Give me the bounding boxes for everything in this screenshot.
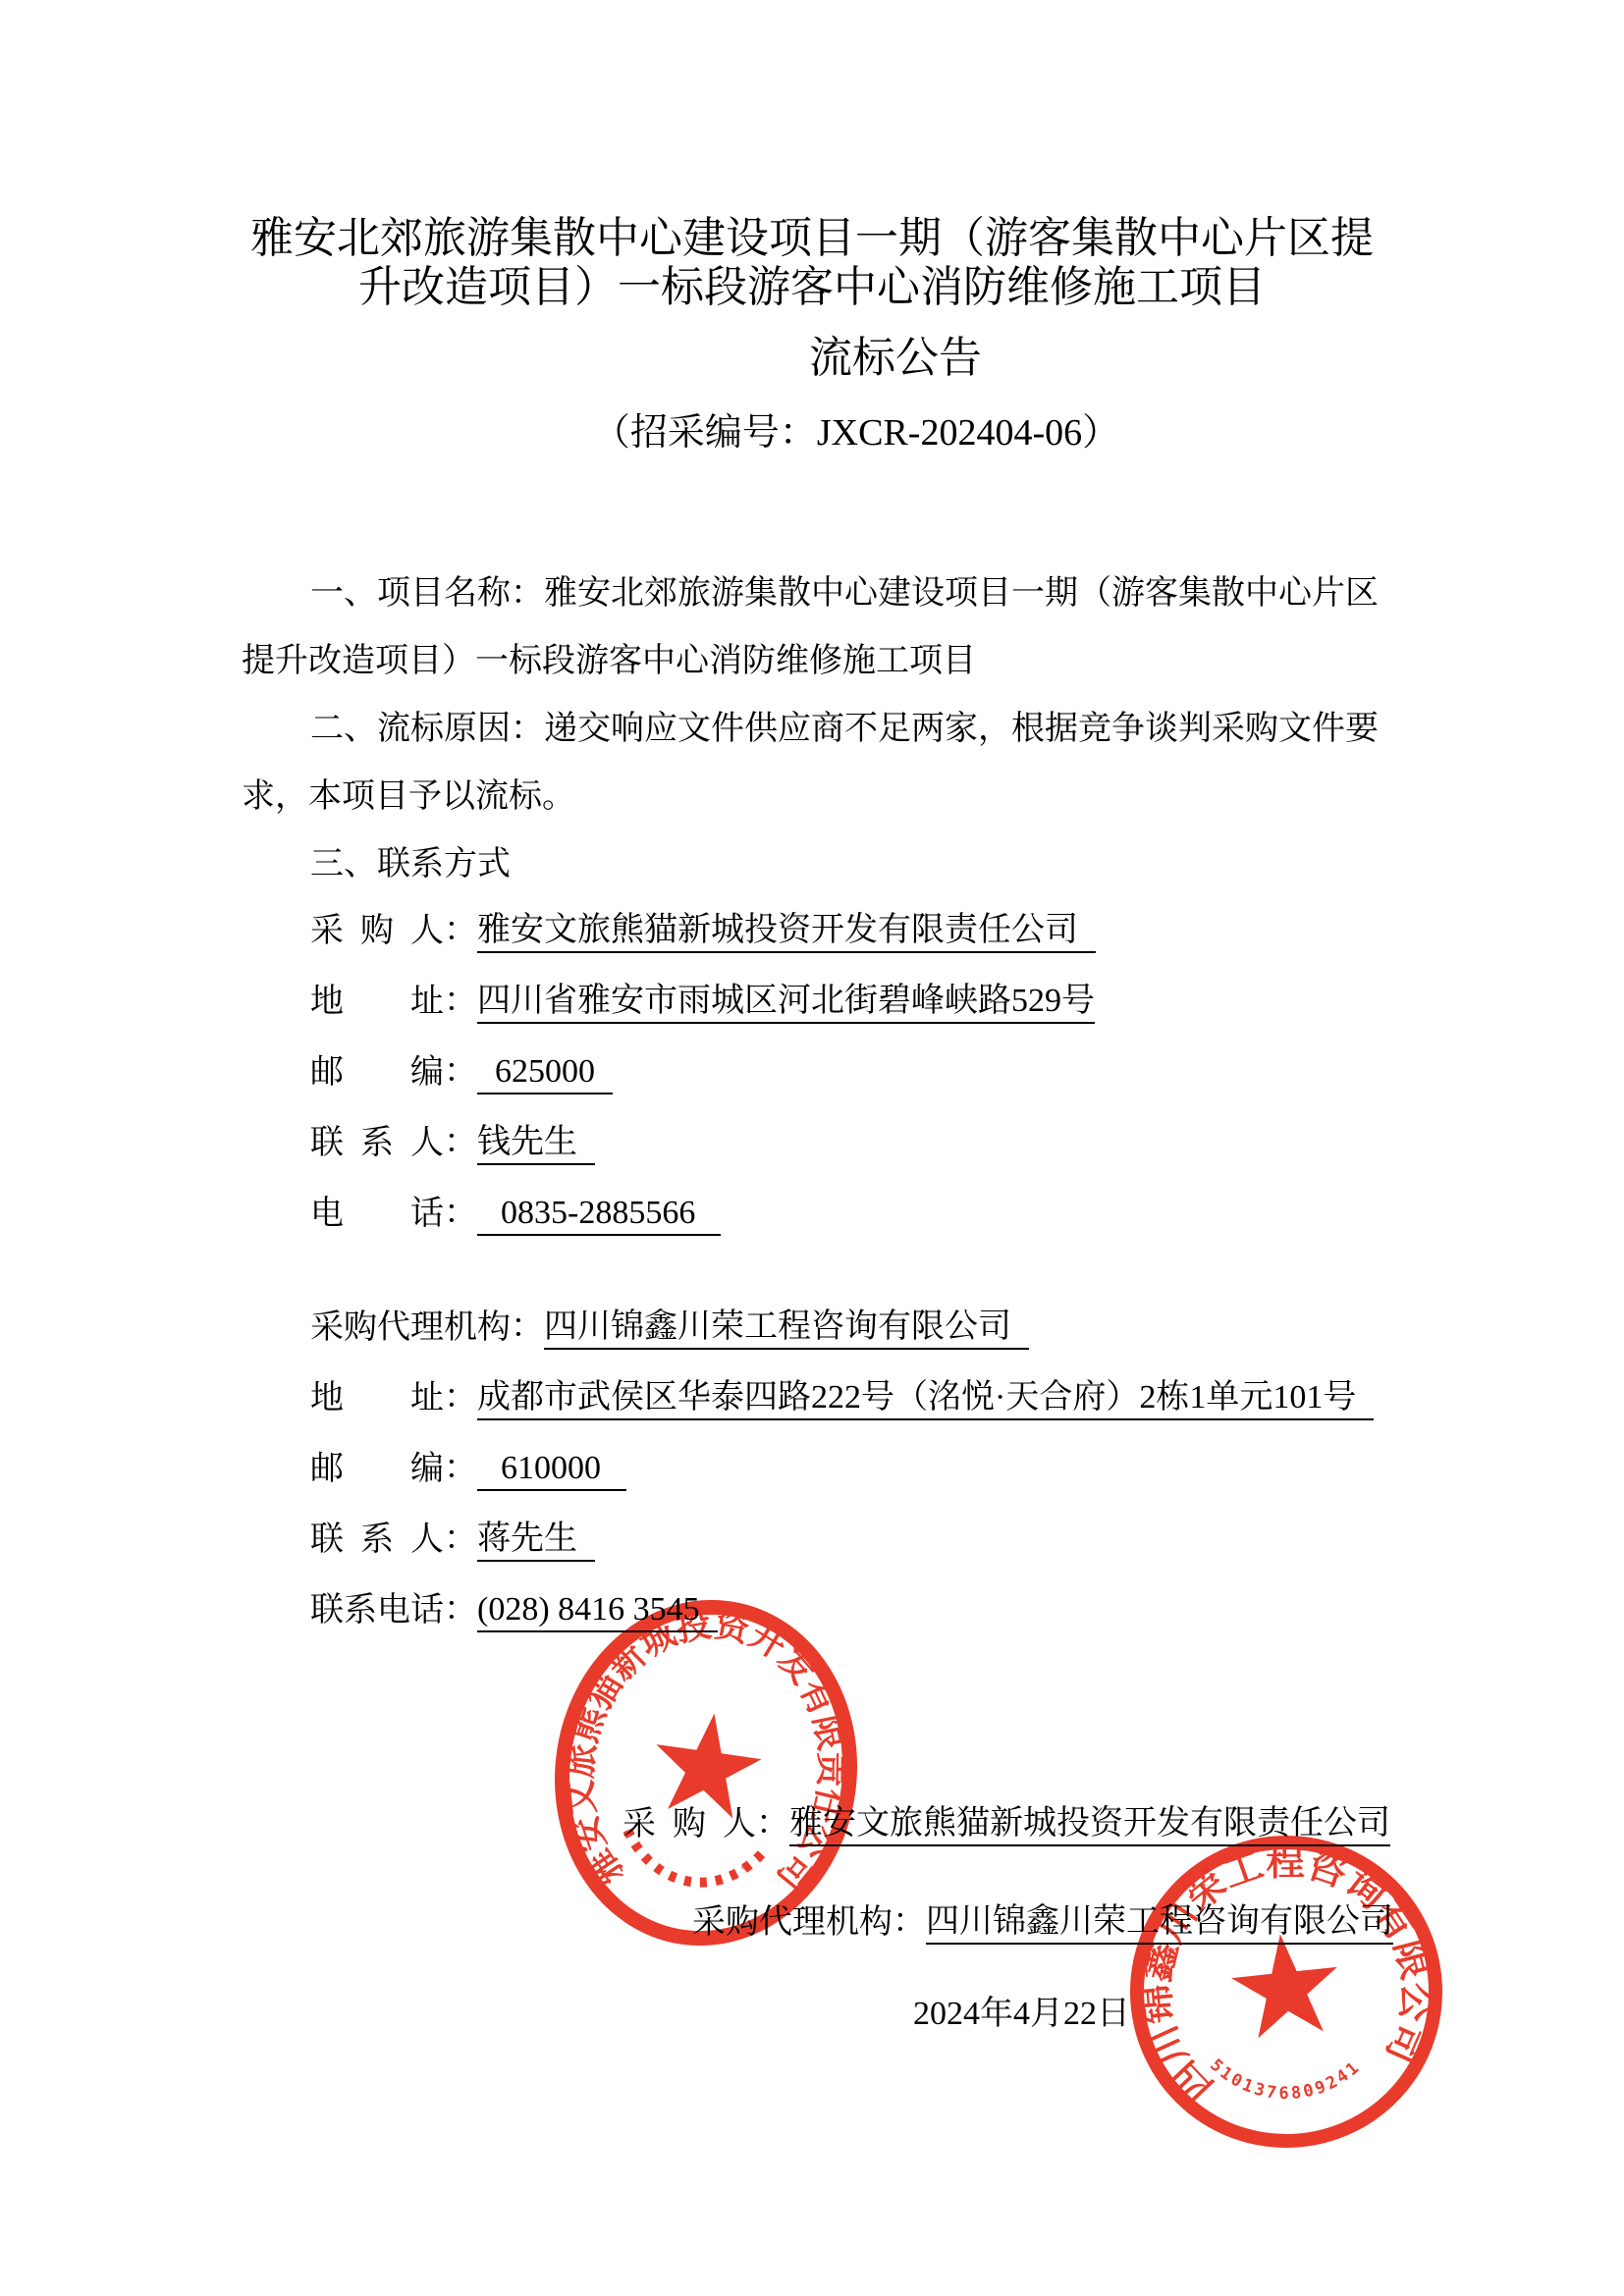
colon: ： <box>444 1379 477 1415</box>
purchaser-name-label: 采购人 <box>310 912 444 950</box>
colon: ： <box>444 983 477 1019</box>
agency-name-value: 四川锦鑫川荣工程咨询有限公司 <box>544 1308 1029 1350</box>
seal-star-icon <box>647 1706 767 1821</box>
purchaser-zip-value: 625000 <box>477 1053 613 1095</box>
purchaser-seal-graphic: 雅安文旅熊猫新城投资开发有限责任公司 <box>548 1592 864 1953</box>
document-page: 雅安北郊旅游集散中心建设项目一期（游客集散中心片区提 升改造项目）一标段游客中心… <box>0 0 1624 2296</box>
colon: ： <box>444 1591 477 1628</box>
agency-seal-graphic: 四川锦鑫川荣工程咨询有限公司 5101376809241 <box>1121 1827 1451 2157</box>
purchaser-phone-label: 电话 <box>310 1195 444 1233</box>
ink-speck <box>1203 1868 1210 1874</box>
agency-name-row: 采购代理机构：四川锦鑫川荣工程咨询有限公司 <box>310 1308 1029 1347</box>
purchaser-address-label: 地址 <box>310 983 444 1021</box>
purchaser-contact-value: 钱先生 <box>477 1124 595 1165</box>
purchaser-zip-label: 邮编 <box>310 1053 444 1092</box>
agency-address-value: 成都市武侯区华泰四路222号（洺悦·天合府）2栋1单元101号 <box>477 1379 1374 1420</box>
colon: ： <box>444 1450 477 1486</box>
colon: ： <box>444 912 477 948</box>
purchaser-contact-label: 联系人 <box>310 1124 444 1162</box>
agency-official-seal: 四川锦鑫川荣工程咨询有限公司 5101376809241 <box>1121 1827 1451 2157</box>
colon: ： <box>444 1124 477 1160</box>
tender-reference-number: （招采编号：JXCR-202404-06） <box>0 412 1624 455</box>
purchaser-name-row: 采购人：雅安文旅熊猫新城投资开发有限责任公司 <box>310 911 1096 950</box>
document-subtitle: 流标公告 <box>0 334 1624 384</box>
seal-code-dots <box>622 1830 765 1891</box>
colon: ： <box>511 1308 544 1345</box>
paragraph1-line2: 提升改造项目）一标段游客中心消防维修施工项目 <box>242 642 976 680</box>
paragraph2-line1: 二、流标原因：递交响应文件供应商不足两家，根据竞争谈判采购文件要 <box>310 710 1379 748</box>
agency-zip-row: 邮编：610000 <box>310 1449 626 1488</box>
agency-contact-label: 联系人 <box>310 1521 444 1559</box>
purchaser-address-value: 四川省雅安市雨城区河北街碧峰峡路529号 <box>477 983 1095 1024</box>
colon: ： <box>444 1195 477 1231</box>
signature-date: 2024年4月22日 <box>913 1995 1130 2033</box>
agency-contact-value: 蒋先生 <box>477 1521 595 1562</box>
purchaser-zip-row: 邮编：625000 <box>310 1052 613 1092</box>
colon: ： <box>444 1053 477 1090</box>
agency-name-label: 采购代理机构 <box>310 1308 511 1347</box>
agency-contact-row: 联系人：蒋先生 <box>310 1520 595 1559</box>
colon: ： <box>444 1521 477 1557</box>
section3-heading: 三、联系方式 <box>310 845 511 883</box>
colon: ： <box>893 1903 926 1940</box>
agency-address-row: 地址：成都市武侯区华泰四路222号（洺悦·天合府）2栋1单元101号 <box>310 1378 1374 1417</box>
paragraph2-line2: 求，本项目予以流标。 <box>242 777 575 816</box>
purchaser-name-value: 雅安文旅熊猫新城投资开发有限责任公司 <box>477 912 1096 953</box>
agency-zip-value: 610000 <box>477 1450 626 1491</box>
seal-star-icon <box>1227 1929 1344 2041</box>
paragraph1-line1: 一、项目名称：雅安北郊旅游集散中心建设项目一期（游客集散中心片区 <box>310 574 1379 613</box>
agency-phone-label: 联系电话 <box>310 1591 444 1629</box>
document-title-line2: 升改造项目）一标段游客中心消防维修施工项目 <box>0 263 1624 313</box>
agency-zip-label: 邮编 <box>310 1450 444 1488</box>
purchaser-phone-value: 0835-2885566 <box>477 1195 721 1236</box>
document-title-line1: 雅安北郊旅游集散中心建设项目一期（游客集散中心片区提 <box>0 214 1624 264</box>
agency-address-label: 地址 <box>310 1379 444 1417</box>
purchaser-address-row: 地址：四川省雅安市雨城区河北街碧峰峡路529号 <box>310 982 1095 1021</box>
seal-code-text: 5101376809241 <box>1205 2041 1368 2112</box>
ink-speck <box>741 1863 750 1870</box>
purchaser-official-seal: 雅安文旅熊猫新城投资开发有限责任公司 <box>548 1592 864 1953</box>
purchaser-contact-row: 联系人：钱先生 <box>310 1123 595 1162</box>
purchaser-phone-row: 电话：0835-2885566 <box>310 1194 721 1233</box>
